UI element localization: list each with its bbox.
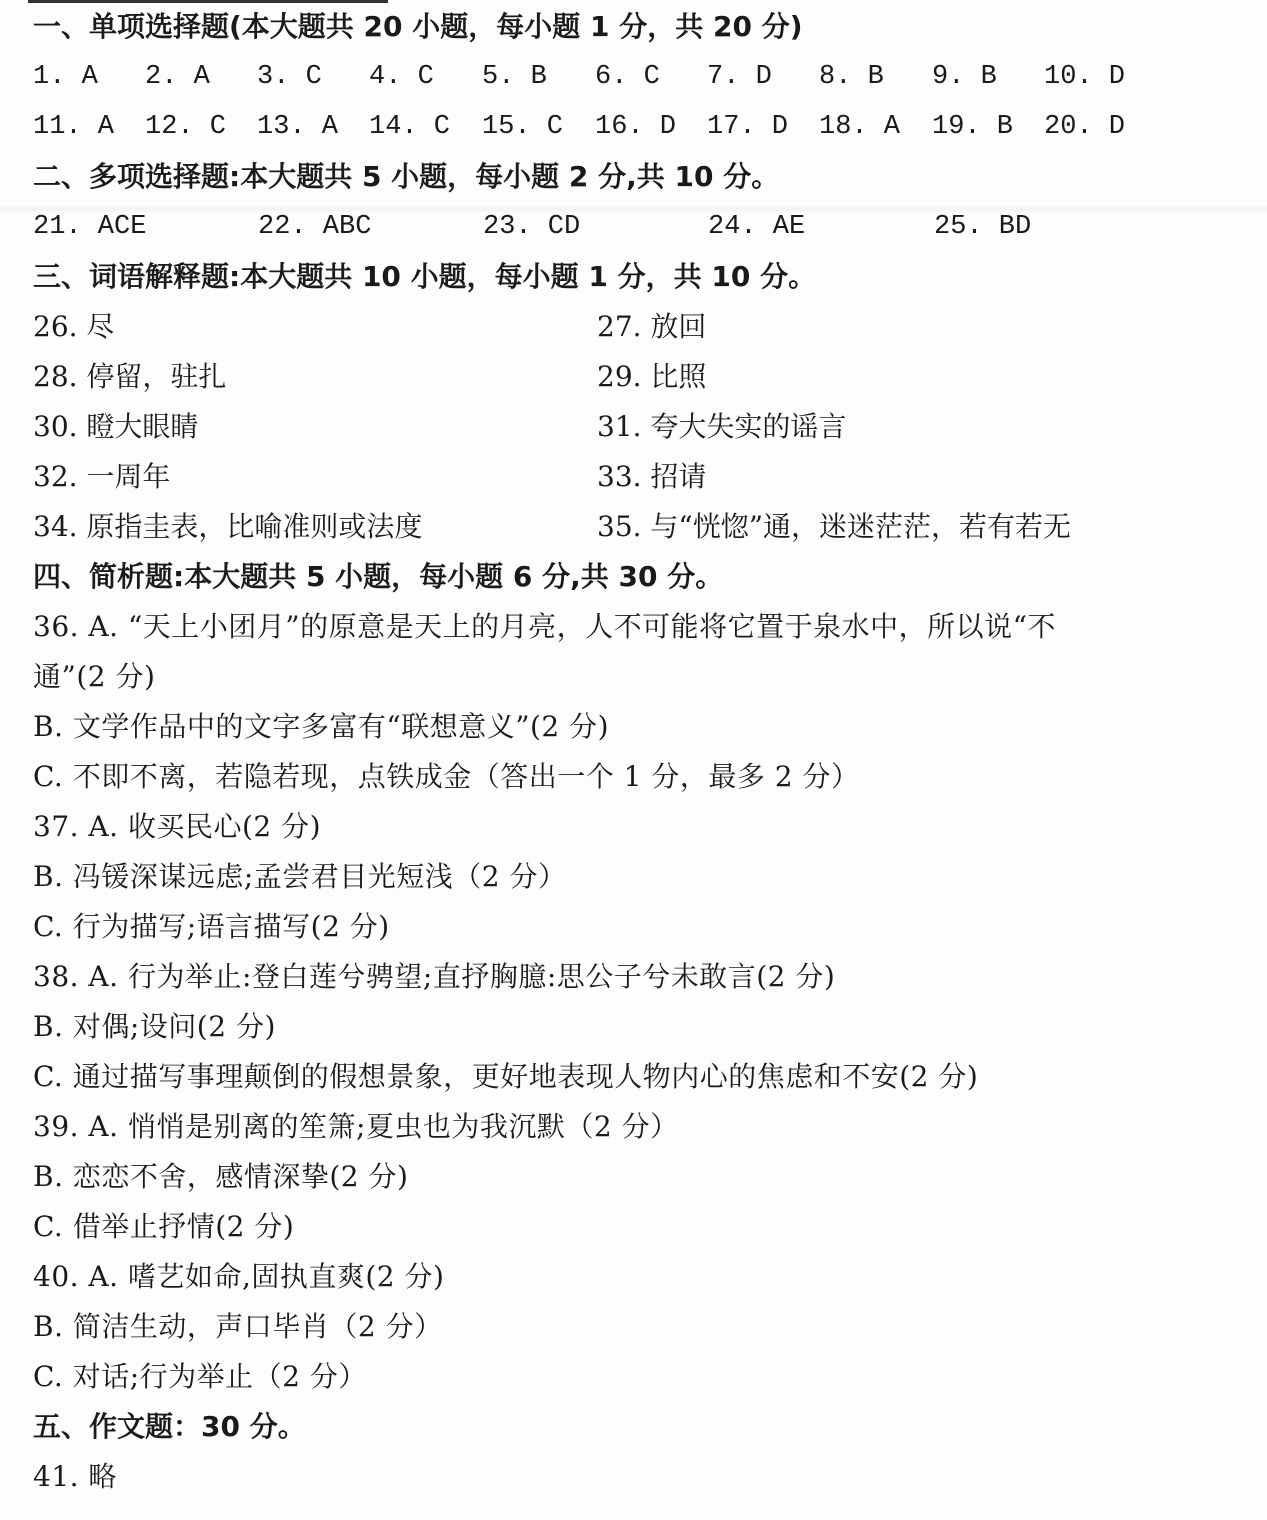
analysis-37b: B. 冯锾深谋远虑;孟尝君目光短浅（2 分） — [33, 852, 567, 902]
essay-answer-41: 41. 略 — [33, 1452, 117, 1502]
analysis-40b: B. 简洁生动，声口毕肖（2 分） — [33, 1302, 443, 1352]
answer-14: 14. C — [369, 102, 450, 152]
answer-17: 17. D — [707, 102, 788, 152]
answer-8: 8. B — [819, 52, 884, 102]
section-2-heading: 二、多项选择题:本大题共 5 小题，每小题 2 分,共 10 分。 — [33, 152, 779, 202]
answer-21: 21. ACE — [33, 202, 146, 252]
analysis-36a: 36. A. “天上小团月”的原意是天上的月亮，人不可能将它置于泉水中，所以说“… — [33, 602, 1056, 652]
answer-9: 9. B — [932, 52, 997, 102]
analysis-36a-cont: 通”(2 分) — [33, 652, 155, 702]
analysis-38b: B. 对偶;设问(2 分) — [33, 1002, 276, 1052]
answer-10: 10. D — [1044, 52, 1125, 102]
definition-26: 26. 尽 — [33, 302, 114, 352]
answer-3: 3. C — [257, 52, 322, 102]
analysis-37a: 37. A. 收买民心(2 分) — [33, 802, 321, 852]
answer-2: 2. A — [145, 52, 210, 102]
answer-22: 22. ABC — [258, 202, 371, 252]
definition-33: 33. 招请 — [597, 452, 706, 502]
answer-24: 24. AE — [708, 202, 805, 252]
answer-23: 23. CD — [483, 202, 580, 252]
definition-35: 35. 与“恍惚”通，迷迷茫茫，若有若无 — [597, 502, 1071, 552]
answer-7: 7. D — [707, 52, 772, 102]
analysis-39c: C. 借举止抒情(2 分) — [33, 1202, 294, 1252]
analysis-39b: B. 恋恋不舍，感情深挚(2 分) — [33, 1152, 408, 1202]
section-5-heading: 五、作文题：30 分。 — [33, 1402, 306, 1452]
definition-34: 34. 原指圭表，比喻准则或法度 — [33, 502, 422, 552]
answer-5: 5. B — [482, 52, 547, 102]
answer-25: 25. BD — [934, 202, 1031, 252]
answer-11: 11. A — [33, 102, 114, 152]
analysis-40a: 40. A. 嗜艺如命,固执直爽(2 分) — [33, 1252, 444, 1302]
scan-artifact — [0, 205, 1267, 213]
answer-18: 18. A — [819, 102, 900, 152]
answer-1: 1. A — [33, 52, 98, 102]
definition-27: 27. 放回 — [597, 302, 706, 352]
definition-28: 28. 停留，驻扎 — [33, 352, 226, 402]
analysis-38a: 38. A. 行为举止:登白莲兮骋望;直抒胸臆:思公子兮未敢言(2 分) — [33, 952, 835, 1002]
definition-31: 31. 夸大失实的谣言 — [597, 402, 846, 452]
answer-15: 15. C — [482, 102, 563, 152]
definition-29: 29. 比照 — [597, 352, 706, 402]
answer-6: 6. C — [595, 52, 660, 102]
section-4-heading: 四、简析题:本大题共 5 小题，每小题 6 分,共 30 分。 — [33, 552, 723, 602]
answer-4: 4. C — [369, 52, 434, 102]
analysis-39a: 39. A. 悄悄是别离的笙箫;夏虫也为我沉默（2 分） — [33, 1102, 679, 1152]
answer-16: 16. D — [595, 102, 676, 152]
analysis-36b: B. 文学作品中的文字多富有“联想意义”(2 分) — [33, 702, 609, 752]
analysis-38c: C. 通过描写事理颠倒的假想景象，更好地表现人物内心的焦虑和不安(2 分) — [33, 1052, 978, 1102]
answer-13: 13. A — [257, 102, 338, 152]
answer-19: 19. B — [932, 102, 1013, 152]
section-3-heading: 三、词语解释题:本大题共 10 小题，每小题 1 分，共 10 分。 — [33, 252, 816, 302]
analysis-36c: C. 不即不离，若隐若现，点铁成金（答出一个 1 分，最多 2 分） — [33, 752, 859, 802]
answer-20: 20. D — [1044, 102, 1125, 152]
section-1-heading: 一、单项选择题(本大题共 20 小题，每小题 1 分，共 20 分) — [33, 2, 803, 52]
answer-12: 12. C — [145, 102, 226, 152]
analysis-37c: C. 行为描写;语言描写(2 分) — [33, 902, 390, 952]
definition-32: 32. 一周年 — [33, 452, 170, 502]
definition-30: 30. 瞪大眼睛 — [33, 402, 198, 452]
analysis-40c: C. 对话;行为举止（2 分） — [33, 1352, 367, 1402]
